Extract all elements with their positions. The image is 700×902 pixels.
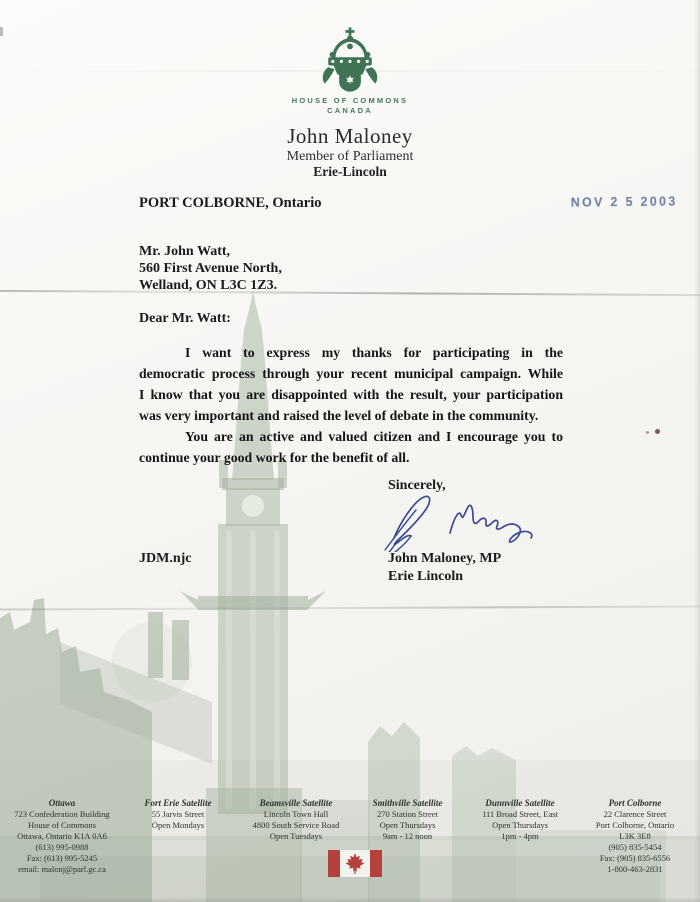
body-line: I know that you are disappointed with th…	[139, 384, 563, 405]
office-line: 9am - 12 noon	[350, 831, 465, 842]
office-title: Smithville Satellite	[350, 798, 465, 809]
office-title: Beamsville Satellite	[236, 798, 356, 809]
office-line: 1pm - 4pm	[463, 831, 577, 842]
recipient-address-block: Mr. John Watt, 560 First Avenue North, W…	[139, 243, 282, 294]
office-smithville: Smithville Satellite 270 Station Street …	[350, 798, 465, 842]
office-ottawa: Ottawa 723 Confederation Building House …	[2, 798, 122, 875]
letterhead-riding: Erie-Lincoln	[0, 164, 700, 180]
office-title: Port Colborne	[575, 798, 695, 809]
signer-name: John Maloney, MP	[388, 551, 501, 567]
office-line: Open Tuesdays	[236, 831, 356, 842]
received-date-stamp: NOV 2 5 2003	[571, 193, 678, 209]
reference-initials: JDM.njc	[139, 551, 192, 567]
recipient-line: 560 First Avenue North,	[139, 260, 282, 277]
letterhead-country: CANADA	[0, 106, 700, 115]
office-line: 55 Jarvis Street	[122, 809, 234, 820]
letter-city-line: PORT COLBORNE, Ontario	[139, 195, 322, 212]
scanned-letter-page: HOUSE OF COMMONS CANADA John Maloney Mem…	[0, 0, 700, 902]
body-paragraph-2: You are an active and valued citizen and…	[139, 426, 563, 468]
office-fort-erie: Fort Erie Satellite 55 Jarvis Street Ope…	[122, 798, 234, 831]
body-paragraph-1: I want to express my thanks for particip…	[139, 342, 563, 426]
office-port-colborne: Port Colborne 22 Clarence Street Port Co…	[575, 798, 695, 875]
office-title: Dunnville Satellite	[463, 798, 577, 809]
office-line: Ottawa, Ontario K1A 0A6	[2, 831, 122, 842]
body-line: You are an active and valued citizen and…	[139, 426, 563, 447]
office-line: (613) 995-0988	[2, 842, 122, 853]
office-line: Fax: (613) 995-5245	[2, 853, 122, 864]
office-dunnville: Dunnville Satellite 111 Broad Street, Ea…	[463, 798, 577, 842]
salutation: Dear Mr. Watt:	[139, 311, 231, 327]
letterhead-name: John Maloney	[0, 124, 700, 149]
office-line: Port Colborne, Ontario	[575, 820, 695, 831]
letterhead-title: Member of Parliament	[0, 149, 700, 165]
office-line: 1-800-463-2831	[575, 864, 695, 875]
office-beamsville: Beamsville Satellite Lincoln Town Hall 4…	[236, 798, 356, 842]
office-line: Fax: (905) 835-6556	[575, 853, 695, 864]
office-line: email: malonj@parl.gc.ca	[2, 864, 122, 875]
recipient-line: Welland, ON L3C 1Z3.	[139, 277, 282, 294]
canada-flag-icon	[328, 850, 382, 877]
office-line: 723 Confederation Building	[2, 809, 122, 820]
office-line: 22 Clarence Street	[575, 809, 695, 820]
office-line: House of Commons	[2, 820, 122, 831]
body-line: was very important and raised the level …	[139, 405, 563, 426]
letterhead-org: HOUSE OF COMMONS	[0, 96, 700, 105]
letter-content: HOUSE OF COMMONS CANADA John Maloney Mem…	[0, 0, 700, 902]
office-line: L3K 3E8	[575, 831, 695, 842]
signer-riding: Erie Lincoln	[388, 569, 463, 585]
office-line: Open Thursdays	[350, 820, 465, 831]
body-line: democratic process through your recent m…	[139, 363, 563, 384]
office-line: Open Thursdays	[463, 820, 577, 831]
handwritten-signature	[380, 490, 558, 552]
office-title: Ottawa	[2, 798, 122, 809]
office-title: Fort Erie Satellite	[122, 798, 234, 809]
office-line: 270 Station Street	[350, 809, 465, 820]
recipient-line: Mr. John Watt,	[139, 243, 282, 260]
office-line: Open Mondays	[122, 820, 234, 831]
body-line: I want to express my thanks for particip…	[139, 342, 563, 363]
body-line: continue your good work for the benefit …	[139, 447, 563, 468]
office-line: (905) 835-5454	[575, 842, 695, 853]
office-line: 111 Broad Street, East	[463, 809, 577, 820]
office-line: Lincoln Town Hall	[236, 809, 356, 820]
house-of-commons-crest-icon	[321, 27, 379, 93]
office-line: 4800 South Service Road	[236, 820, 356, 831]
